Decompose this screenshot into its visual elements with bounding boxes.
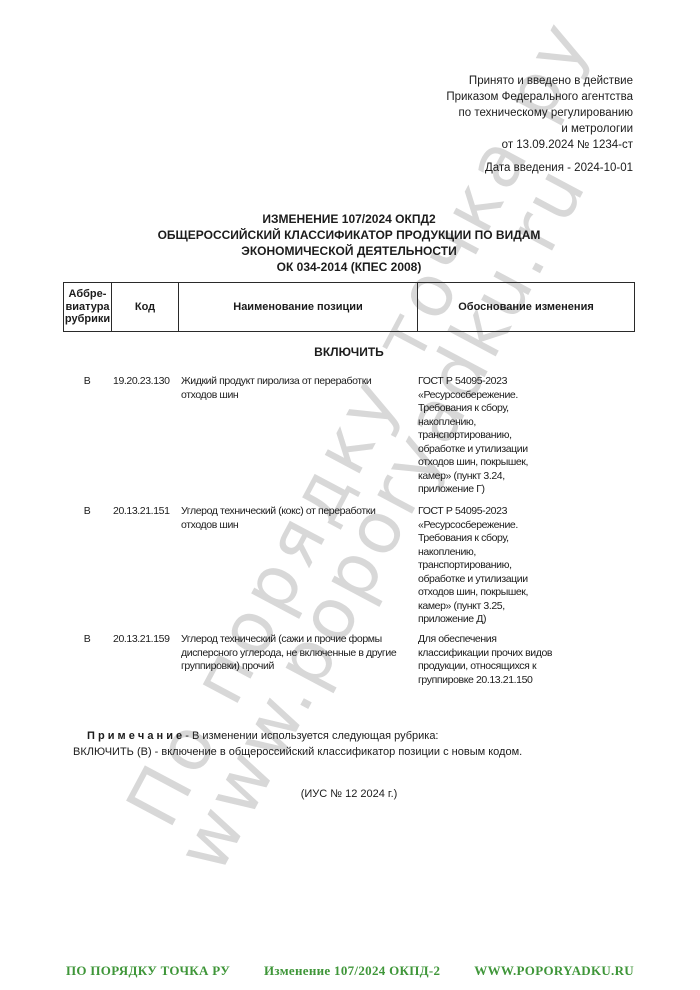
column-header-abbreviation: Аббре- виатура рубрики bbox=[64, 283, 111, 331]
row-justification: Для обеспечения классификации прочих вид… bbox=[418, 633, 634, 687]
footer-site-url: WWW.POPORYADKU.RU bbox=[474, 963, 634, 979]
note-line-1: П р и м е ч а н и е - В изменении исполь… bbox=[73, 728, 633, 744]
approval-line: и метрологии bbox=[446, 121, 633, 137]
issue-reference: (ИУС № 12 2024 г.) bbox=[63, 788, 635, 800]
footer-document-name: Изменение 107/2024 ОКПД-2 bbox=[264, 963, 440, 979]
column-header-position-name: Наименование позиции bbox=[178, 283, 417, 331]
row-code: 20.13.21.151 bbox=[113, 505, 179, 519]
note-label: П р и м е ч а н и е bbox=[87, 730, 182, 742]
row-code: 20.13.21.159 bbox=[113, 633, 179, 647]
table-header: Аббре- виатура рубрики Код Наименование … bbox=[63, 282, 635, 332]
row-abbreviation: В bbox=[63, 375, 111, 389]
note-text: - В изменении используется следующая руб… bbox=[182, 730, 438, 742]
section-heading-include: ВКЛЮЧИТЬ bbox=[63, 345, 635, 359]
approval-line: от 13.09.2024 № 1234-ст bbox=[446, 137, 633, 153]
title-line: ЭКОНОМИЧЕСКОЙ ДЕЯТЕЛЬНОСТИ bbox=[63, 243, 635, 259]
row-position-name: Углерод технический (кокс) от переработк… bbox=[181, 505, 437, 532]
approval-line: Приказом Федерального агентства bbox=[446, 89, 633, 105]
note-line-2: ВКЛЮЧИТЬ (В) - включение в общероссийски… bbox=[73, 744, 633, 760]
row-position-name: Углерод технический (сажи и прочие формы… bbox=[181, 633, 437, 674]
document-title: ИЗМЕНЕНИЕ 107/2024 ОКПД2 ОБЩЕРОССИЙСКИЙ … bbox=[63, 211, 635, 275]
row-position-name: Жидкий продукт пиролиза от переработки о… bbox=[181, 375, 437, 402]
row-abbreviation: В bbox=[63, 633, 111, 647]
title-line: ИЗМЕНЕНИЕ 107/2024 ОКПД2 bbox=[63, 211, 635, 227]
content-layer: Принято и введено в действие Приказом Фе… bbox=[0, 0, 700, 990]
column-header-justification: Обоснование изменения bbox=[417, 283, 634, 331]
footer-site-name: ПО ПОРЯДКУ ТОЧКА РУ bbox=[66, 963, 230, 979]
approval-line: по техническому регулированию bbox=[446, 105, 633, 121]
page-footer: ПО ПОРЯДКУ ТОЧКА РУ Изменение 107/2024 О… bbox=[66, 963, 634, 979]
approval-header: Принято и введено в действие Приказом Фе… bbox=[446, 73, 633, 176]
approval-line: Принято и введено в действие bbox=[446, 73, 633, 89]
note-block: П р и м е ч а н и е - В изменении исполь… bbox=[73, 728, 633, 760]
row-justification: ГОСТ Р 54095-2023 «Ресурсосбережение. Тр… bbox=[418, 375, 634, 497]
title-line: ОК 034-2014 (КПЕС 2008) bbox=[63, 259, 635, 275]
effective-date-line: Дата введения - 2024-10-01 bbox=[446, 160, 633, 176]
title-line: ОБЩЕРОССИЙСКИЙ КЛАССИФИКАТОР ПРОДУКЦИИ П… bbox=[63, 227, 635, 243]
row-code: 19.20.23.130 bbox=[113, 375, 179, 389]
column-header-code: Код bbox=[111, 283, 178, 331]
row-justification: ГОСТ Р 54095-2023 «Ресурсосбережение. Тр… bbox=[418, 505, 634, 627]
document-page: По порядку точка ру www.poporyadku.ru Пр… bbox=[0, 0, 700, 990]
row-abbreviation: В bbox=[63, 505, 111, 519]
